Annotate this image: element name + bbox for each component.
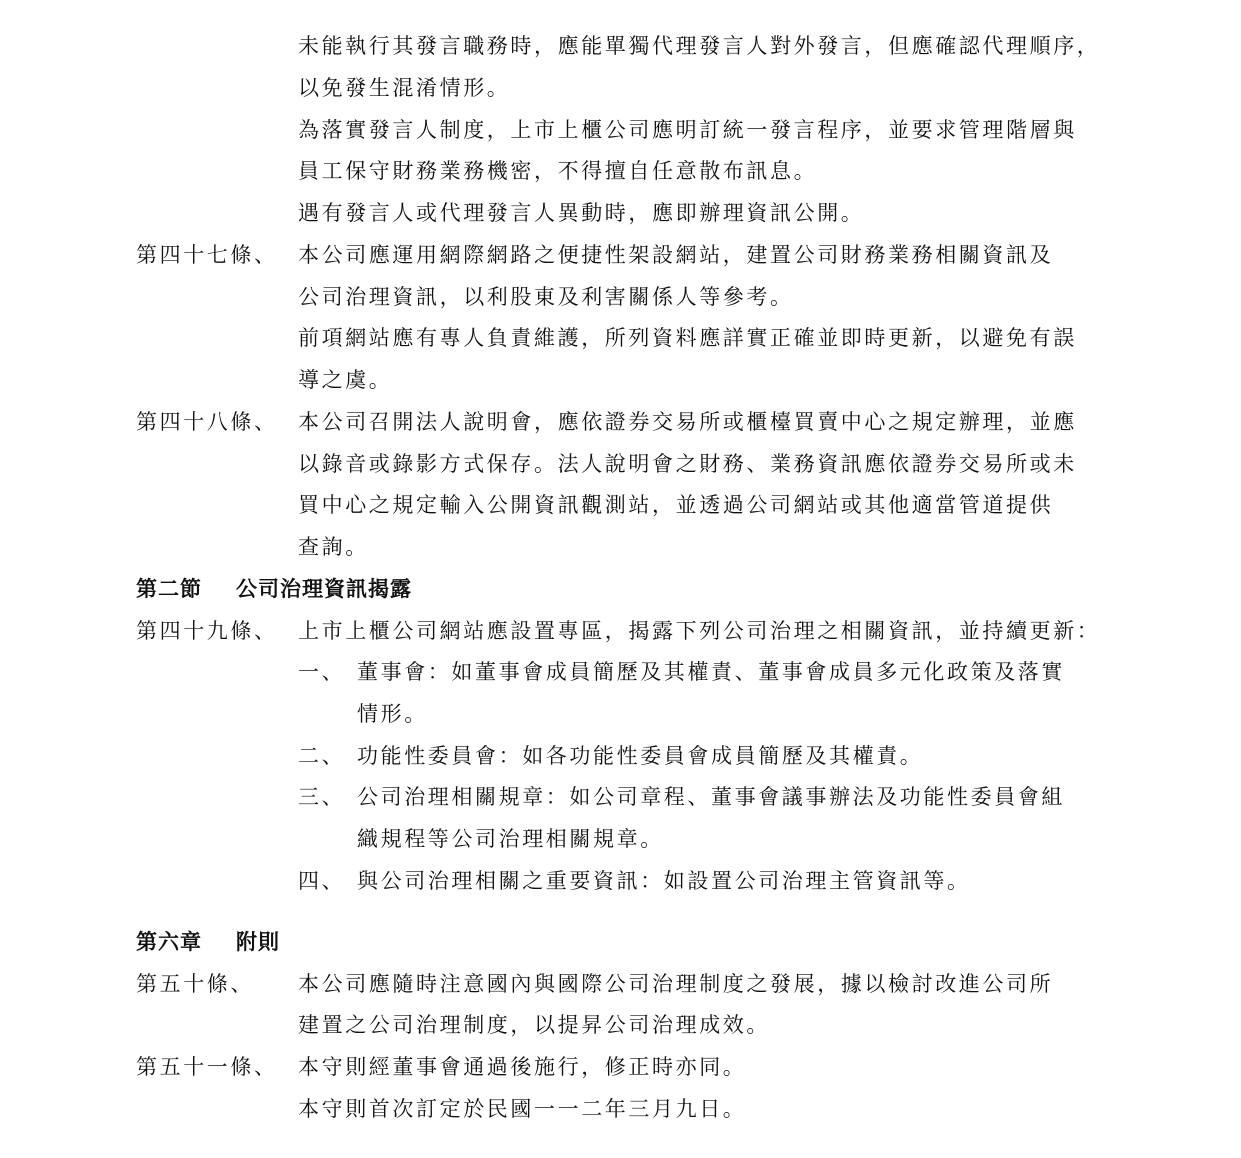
article-label: 第四十八條、 <box>136 401 278 443</box>
paragraph-line: 建置之公司治理制度，以提昇公司治理成效。 <box>298 1004 770 1046</box>
chapter-heading: 第六章附則 <box>136 921 280 963</box>
list-text-line: 功能性委員會：如各功能性委員會成員簡歷及其權責。 <box>357 735 923 777</box>
chapter-number: 第六章 <box>136 921 236 963</box>
paragraph-line: 以免發生混淆情形。 <box>298 67 510 109</box>
list-text-line: 公司治理相關規章：如公司章程、董事會議事辦法及功能性委員會組 <box>357 776 1065 818</box>
article-label: 第五十一條、 <box>136 1046 278 1088</box>
section-number: 第二節 <box>136 568 236 610</box>
paragraph-line: 上市上櫃公司網站應設置專區，揭露下列公司治理之相關資訊，並持續更新： <box>298 610 1100 652</box>
list-text-line: 織規程等公司治理相關規章。 <box>357 818 664 860</box>
paragraph-line: 遇有發言人或代理發言人異動時，應即辦理資訊公開。 <box>298 192 864 234</box>
paragraph-line: 導之虞。 <box>298 359 392 401</box>
list-text-line: 董事會：如董事會成員簡歷及其權責、董事會成員多元化政策及落實 <box>357 651 1065 693</box>
paragraph-line: 前項網站應有專人負責維護，所列資料應詳實正確並即時更新，以避免有誤 <box>298 317 1077 359</box>
paragraph-line: 買中心之規定輸入公開資訊觀測站，並透過公司網站或其他適當管道提供 <box>298 484 1053 526</box>
paragraph-line: 本守則經董事會通過後施行，修正時亦同。 <box>298 1046 746 1088</box>
article-label: 第五十條、 <box>136 963 254 1005</box>
paragraph-line: 本公司召開法人說明會，應依證券交易所或櫃檯買賣中心之規定辦理，並應 <box>298 401 1077 443</box>
paragraph-line: 以錄音或錄影方式保存。法人說明會之財務、業務資訊應依證券交易所或未 <box>298 443 1077 485</box>
paragraph-line: 本守則首次訂定於民國一一二年三月九日。 <box>298 1088 746 1130</box>
list-number: 二、 <box>298 735 345 777</box>
article-label: 第四十七條、 <box>136 234 278 276</box>
paragraph-line: 查詢。 <box>298 526 369 568</box>
paragraph-line: 本公司應運用網際網路之便捷性架設網站，建置公司財務業務相關資訊及 <box>298 234 1053 276</box>
paragraph-line: 公司治理資訊，以利股東及利害關係人等參考。 <box>298 276 794 318</box>
list-number: 四、 <box>298 860 345 902</box>
list-number: 三、 <box>298 776 345 818</box>
list-text-line: 與公司治理相關之重要資訊：如設置公司治理主管資訊等。 <box>357 860 971 902</box>
paragraph-line: 員工保守財務業務機密，不得擅自任意散布訊息。 <box>298 150 817 192</box>
section-title: 公司治理資訊揭露 <box>236 576 412 601</box>
article-label: 第四十九條、 <box>136 610 278 652</box>
list-number: 一、 <box>298 651 345 693</box>
paragraph-line: 未能執行其發言職務時，應能單獨代理發言人對外發言，但應確認代理順序， <box>298 25 1100 67</box>
section-heading: 第二節公司治理資訊揭露 <box>136 568 412 610</box>
paragraph-line: 本公司應隨時注意國內與國際公司治理制度之發展，據以檢討改進公司所 <box>298 963 1053 1005</box>
list-text-line: 情形。 <box>357 693 428 735</box>
paragraph-line: 為落實發言人制度，上市上櫃公司應明訂統一發言程序，並要求管理階層與 <box>298 109 1077 151</box>
chapter-title: 附則 <box>236 929 280 954</box>
document-page: 未能執行其發言職務時，應能單獨代理發言人對外發言，但應確認代理順序， 以免發生混… <box>0 0 1241 1158</box>
